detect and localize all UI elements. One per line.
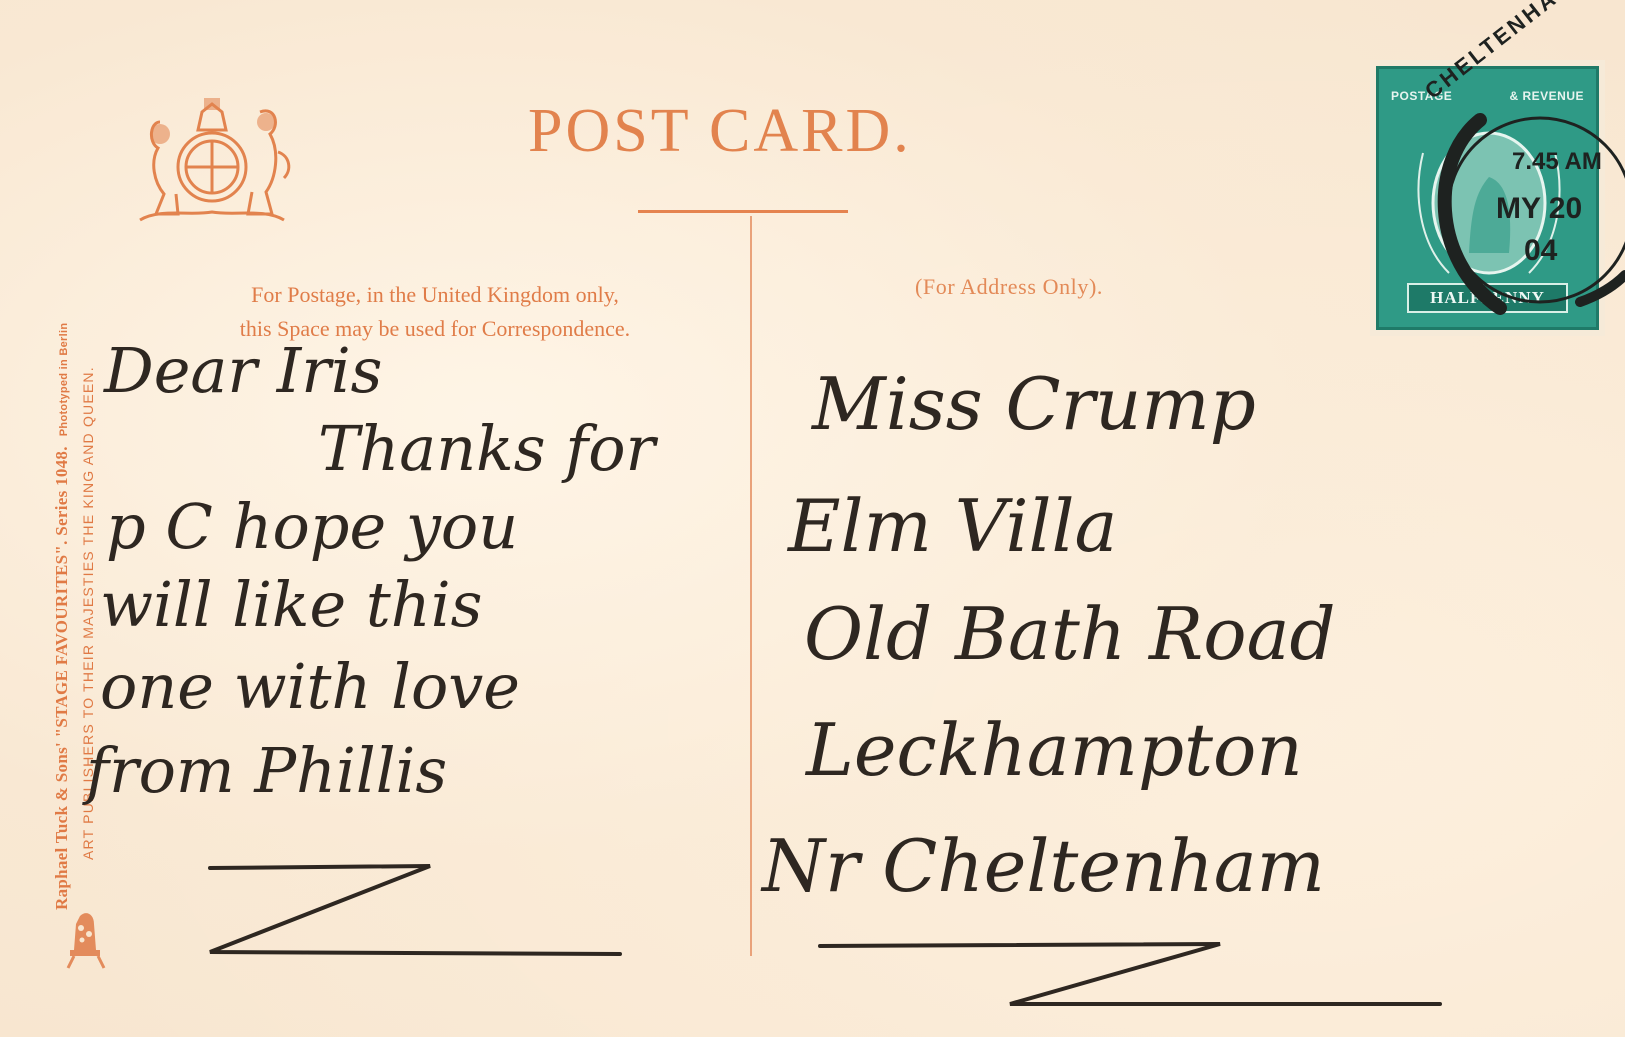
postmark-date: MY 20 bbox=[1496, 192, 1582, 226]
postcard-back: Raphael Tuck & Sons' "STAGE FAVOURITES".… bbox=[0, 0, 1625, 1037]
address-flourish-icon bbox=[800, 920, 1460, 1010]
phototyped-text: Phototyped in Berlin bbox=[58, 323, 70, 437]
postmark-time: 7.45 AM bbox=[1512, 148, 1602, 176]
message-line: p C hope you bbox=[106, 496, 518, 558]
address-line: Nr Cheltenham bbox=[762, 830, 1325, 902]
title-rule bbox=[638, 210, 848, 213]
address-line: Leckhampton bbox=[806, 714, 1303, 786]
postmark: CHELTENHAM 7.45 AM MY 20 04 bbox=[1390, 40, 1625, 360]
message-line: from Phillis bbox=[86, 740, 447, 802]
tuck-easel-logo-icon bbox=[66, 910, 106, 970]
publisher-series-text: Raphael Tuck & Sons' "STAGE FAVOURITES".… bbox=[52, 446, 71, 910]
address-line: Miss Crump bbox=[812, 368, 1256, 440]
center-divider bbox=[750, 216, 752, 956]
address-line: Old Bath Road bbox=[804, 598, 1336, 670]
message-flourish-icon bbox=[190, 860, 630, 960]
royal-coat-of-arms-icon bbox=[120, 82, 300, 232]
postmark-year: 04 bbox=[1524, 234, 1557, 268]
postcard-title: POST CARD. bbox=[528, 96, 912, 167]
correspondence-note-line-1: For Postage, in the United Kingdom only, bbox=[130, 278, 740, 312]
message-line: Thanks for bbox=[318, 418, 655, 480]
publisher-line-1: Raphael Tuck & Sons' "STAGE FAVOURITES".… bbox=[52, 323, 72, 910]
address-only-note: (For Address Only). bbox=[915, 274, 1103, 300]
message-line: one with love bbox=[100, 656, 520, 718]
message-line: Dear Iris bbox=[104, 340, 383, 402]
message-line: will like this bbox=[100, 574, 482, 636]
address-line: Elm Villa bbox=[788, 490, 1117, 562]
